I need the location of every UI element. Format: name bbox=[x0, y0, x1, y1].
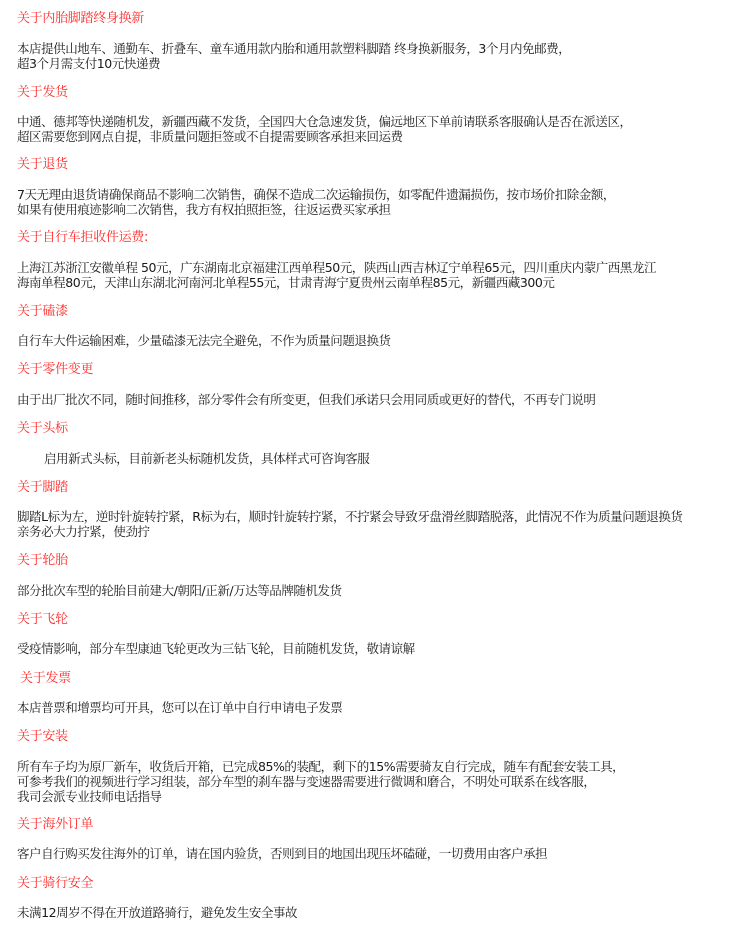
section-body-inner-tube-pedal-replacement: 本店提供山地车、通勤车、折叠车、童车通用款内胎和通用款塑料脚踏 终身换新服务，3… bbox=[17, 41, 570, 71]
text-line: 所有车子均为原厂新车，收货后开箱，已完成85%的装配，剩下的15%需要骑友自行完… bbox=[17, 759, 624, 774]
text-line: 亲务必大力拧紧，使劲拧 bbox=[17, 524, 682, 539]
section-body-overseas-orders: 客户自行购买发往海外的订单，请在国内验货，否则到目的地国出现压坏磕碰，一切费用由… bbox=[17, 846, 547, 861]
text-line: 超3个月需支付10元快递费 bbox=[17, 56, 570, 71]
text-line: 超区需要您到网点自提，非质量问题拒签或不自提需要顾客承担来回运费 bbox=[17, 129, 632, 144]
section-heading-refused-shipment-fees: 关于自行车拒收件运费: bbox=[17, 230, 148, 246]
section-heading-paint-chips: 关于磕漆 bbox=[17, 304, 68, 320]
text-line: 如果有使用痕迹影响二次销售，我方有权拍照拒签，往返运费买家承担 bbox=[17, 202, 615, 217]
section-body-freewheel: 受疫情影响，部分车型康迪飞轮更改为三钻飞轮，目前随机发货，敬请谅解 bbox=[17, 641, 415, 656]
section-body-returns: 7天无理由退货请确保商品不影响二次销售，确保不造成二次运输损伤，如零配件遗漏损伤… bbox=[17, 187, 615, 217]
section-heading-riding-safety: 关于骑行安全 bbox=[17, 876, 93, 892]
section-body-tires: 部分批次车型的轮胎目前建大/朝阳/正新/万达等品牌随机发货 bbox=[17, 583, 342, 598]
section-heading-inner-tube-pedal-replacement: 关于内胎脚踏终身换新 bbox=[17, 11, 144, 27]
text-line: 由于出厂批次不同，随时间推移，部分零件会有所变更，但我们承诺只会用同质或更好的替… bbox=[17, 392, 595, 407]
section-body-head-badge: 启用新式头标，目前新老头标随机发货，具体样式可咨询客服 bbox=[44, 451, 369, 466]
text-line: 7天无理由退货请确保商品不影响二次销售，确保不造成二次运输损伤，如零配件遗漏损伤… bbox=[17, 187, 615, 202]
text-line: 可参考我们的视频进行学习组装，部分车型的刹车器与变速器需要进行微调和磨合，不明处… bbox=[17, 774, 624, 789]
section-heading-shipping: 关于发货 bbox=[17, 85, 68, 101]
text-line: 本店提供山地车、通勤车、折叠车、童车通用款内胎和通用款塑料脚踏 终身换新服务，3… bbox=[17, 41, 570, 56]
text-line: 中通、德邦等快递随机发，新疆西藏不发货，全国四大仓急速发货，偏远地区下单前请联系… bbox=[17, 114, 632, 129]
text-line: 未满12周岁不得在开放道路骑行，避免发生安全事故 bbox=[17, 905, 297, 920]
text-line: 受疫情影响，部分车型康迪飞轮更改为三钻飞轮，目前随机发货，敬请谅解 bbox=[17, 641, 415, 656]
store-policy-notice: 关于内胎脚踏终身换新 本店提供山地车、通勤车、折叠车、童车通用款内胎和通用款塑料… bbox=[0, 0, 750, 952]
section-heading-returns: 关于退货 bbox=[17, 157, 68, 173]
text-line: 我司会派专业技师电话指导 bbox=[17, 789, 624, 804]
section-heading-freewheel: 关于飞轮 bbox=[17, 612, 68, 628]
text-line: 客户自行购买发往海外的订单，请在国内验货，否则到目的地国出现压坏磕碰，一切费用由… bbox=[17, 846, 547, 861]
text-line: 本店普票和增票均可开具，您可以在订单中自行申请电子发票 bbox=[17, 700, 342, 715]
section-body-parts-changes: 由于出厂批次不同，随时间推移，部分零件会有所变更，但我们承诺只会用同质或更好的替… bbox=[17, 392, 595, 407]
section-body-invoice: 本店普票和增票均可开具，您可以在订单中自行申请电子发票 bbox=[17, 700, 342, 715]
section-heading-installation: 关于安装 bbox=[17, 729, 68, 745]
text-line: 海南单程80元，天津山东湖北河南河北单程55元，甘肃青海宁夏贵州云南单程85元，… bbox=[17, 275, 656, 290]
section-heading-parts-changes: 关于零件变更 bbox=[17, 362, 93, 378]
section-body-riding-safety: 未满12周岁不得在开放道路骑行，避免发生安全事故 bbox=[17, 905, 297, 920]
text-line: 启用新式头标，目前新老头标随机发货，具体样式可咨询客服 bbox=[44, 451, 369, 466]
section-heading-tires: 关于轮胎 bbox=[17, 553, 68, 569]
section-body-refused-shipment-fees: 上海江苏浙江安徽单程 50元，广东湖南北京福建江西单程50元，陕西山西吉林辽宁单… bbox=[17, 260, 656, 290]
section-body-pedals: 脚踏L标为左，逆时针旋转拧紧，R标为右，顺时针旋转拧紧，不拧紧会导致牙盘滑丝脚踏… bbox=[17, 509, 682, 539]
section-body-installation: 所有车子均为原厂新车，收货后开箱，已完成85%的装配，剩下的15%需要骑友自行完… bbox=[17, 759, 624, 804]
section-heading-invoice: 关于发票 bbox=[20, 671, 71, 687]
section-heading-head-badge: 关于头标 bbox=[17, 421, 68, 437]
section-heading-pedals: 关于脚踏 bbox=[17, 480, 68, 496]
text-line: 脚踏L标为左，逆时针旋转拧紧，R标为右，顺时针旋转拧紧，不拧紧会导致牙盘滑丝脚踏… bbox=[17, 509, 682, 524]
text-line: 部分批次车型的轮胎目前建大/朝阳/正新/万达等品牌随机发货 bbox=[17, 583, 342, 598]
section-body-shipping: 中通、德邦等快递随机发，新疆西藏不发货，全国四大仓急速发货，偏远地区下单前请联系… bbox=[17, 114, 632, 144]
section-heading-overseas-orders: 关于海外订单 bbox=[17, 817, 93, 833]
section-body-paint-chips: 自行车大件运输困难，少量磕漆无法完全避免，不作为质量问题退换货 bbox=[17, 333, 391, 348]
text-line: 上海江苏浙江安徽单程 50元，广东湖南北京福建江西单程50元，陕西山西吉林辽宁单… bbox=[17, 260, 656, 275]
text-line: 自行车大件运输困难，少量磕漆无法完全避免，不作为质量问题退换货 bbox=[17, 333, 391, 348]
